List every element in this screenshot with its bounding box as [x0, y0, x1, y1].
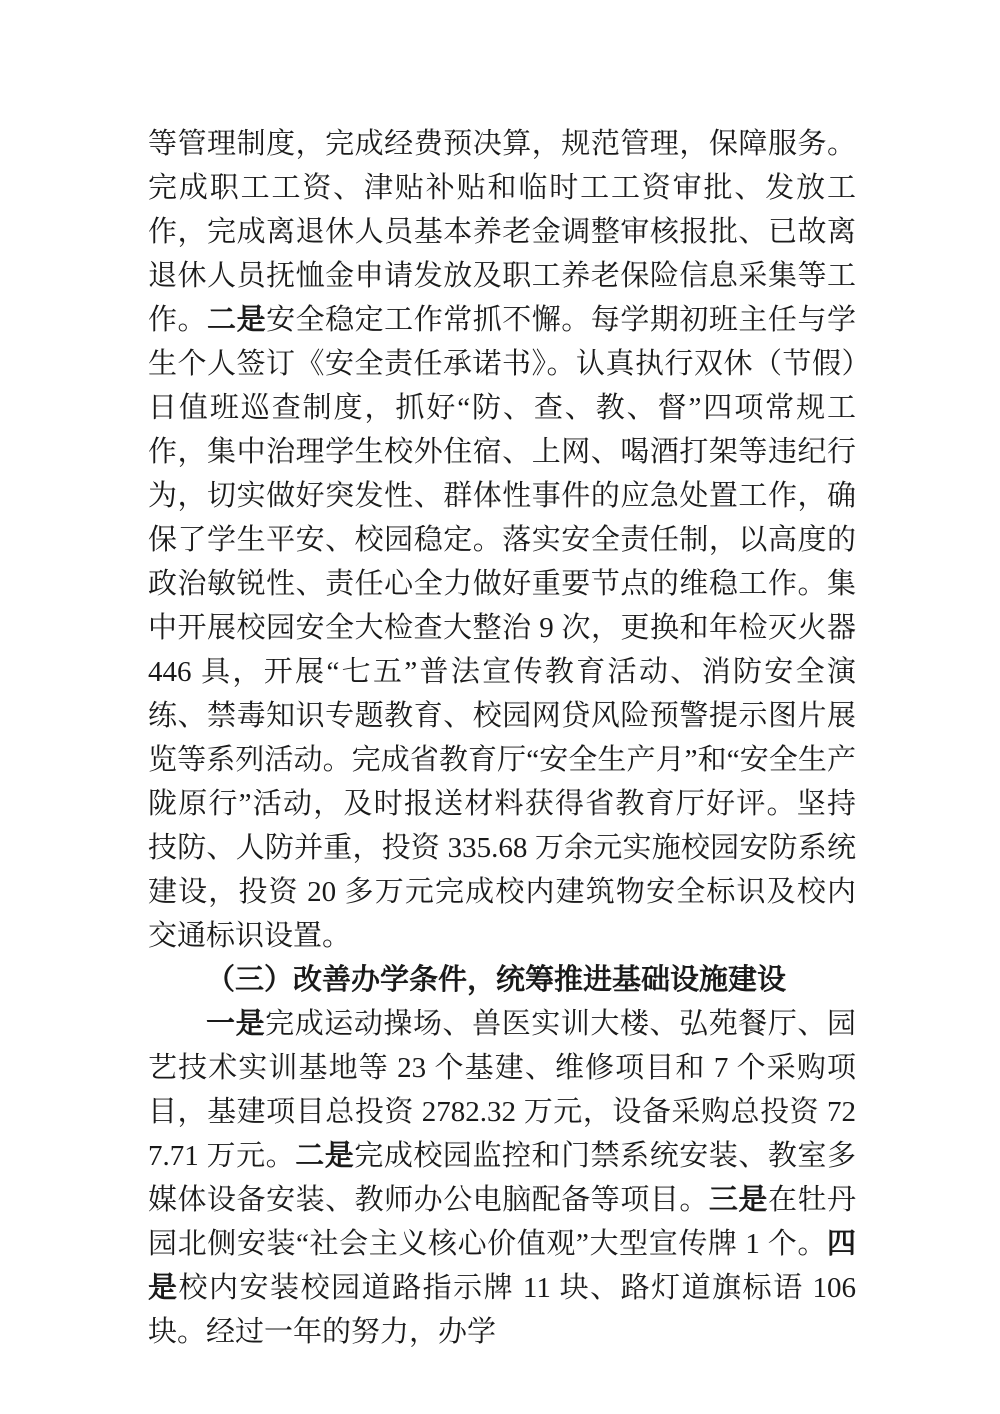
- text-run: 安全稳定工作常抓不懈。每学期初班主任与学生个人签订《安全责任承诺书》。认真执行双…: [148, 304, 856, 952]
- text-run: 校内安装校园道路指示牌 11 块、路灯道旗标语 106 块。经过一年的努力，办学: [148, 1272, 856, 1348]
- section-heading-text: （三）改善办学条件，统筹推进基础设施建设: [206, 964, 786, 996]
- enumerator-bold-run: 一是: [206, 1008, 265, 1040]
- paragraph-body: 一是完成运动操场、兽医实训大楼、弘苑餐厅、园艺技术实训基地等 23 个基建、维修…: [148, 1002, 856, 1354]
- document-page: 等管理制度，完成经费预决算，规范管理，保障服务。完成职工工资、津贴补贴和临时工工…: [0, 0, 1000, 1414]
- enumerator-bold-run: 二是: [295, 1140, 354, 1172]
- paragraph-continuation: 等管理制度，完成经费预决算，规范管理，保障服务。完成职工工资、津贴补贴和临时工工…: [148, 122, 856, 958]
- section-heading: （三）改善办学条件，统筹推进基础设施建设: [148, 958, 856, 1002]
- enumerator-bold-run: 三是: [709, 1184, 768, 1216]
- enumerator-bold-run: 二是: [207, 304, 266, 336]
- document-body: 等管理制度，完成经费预决算，规范管理，保障服务。完成职工工资、津贴补贴和临时工工…: [148, 122, 856, 1354]
